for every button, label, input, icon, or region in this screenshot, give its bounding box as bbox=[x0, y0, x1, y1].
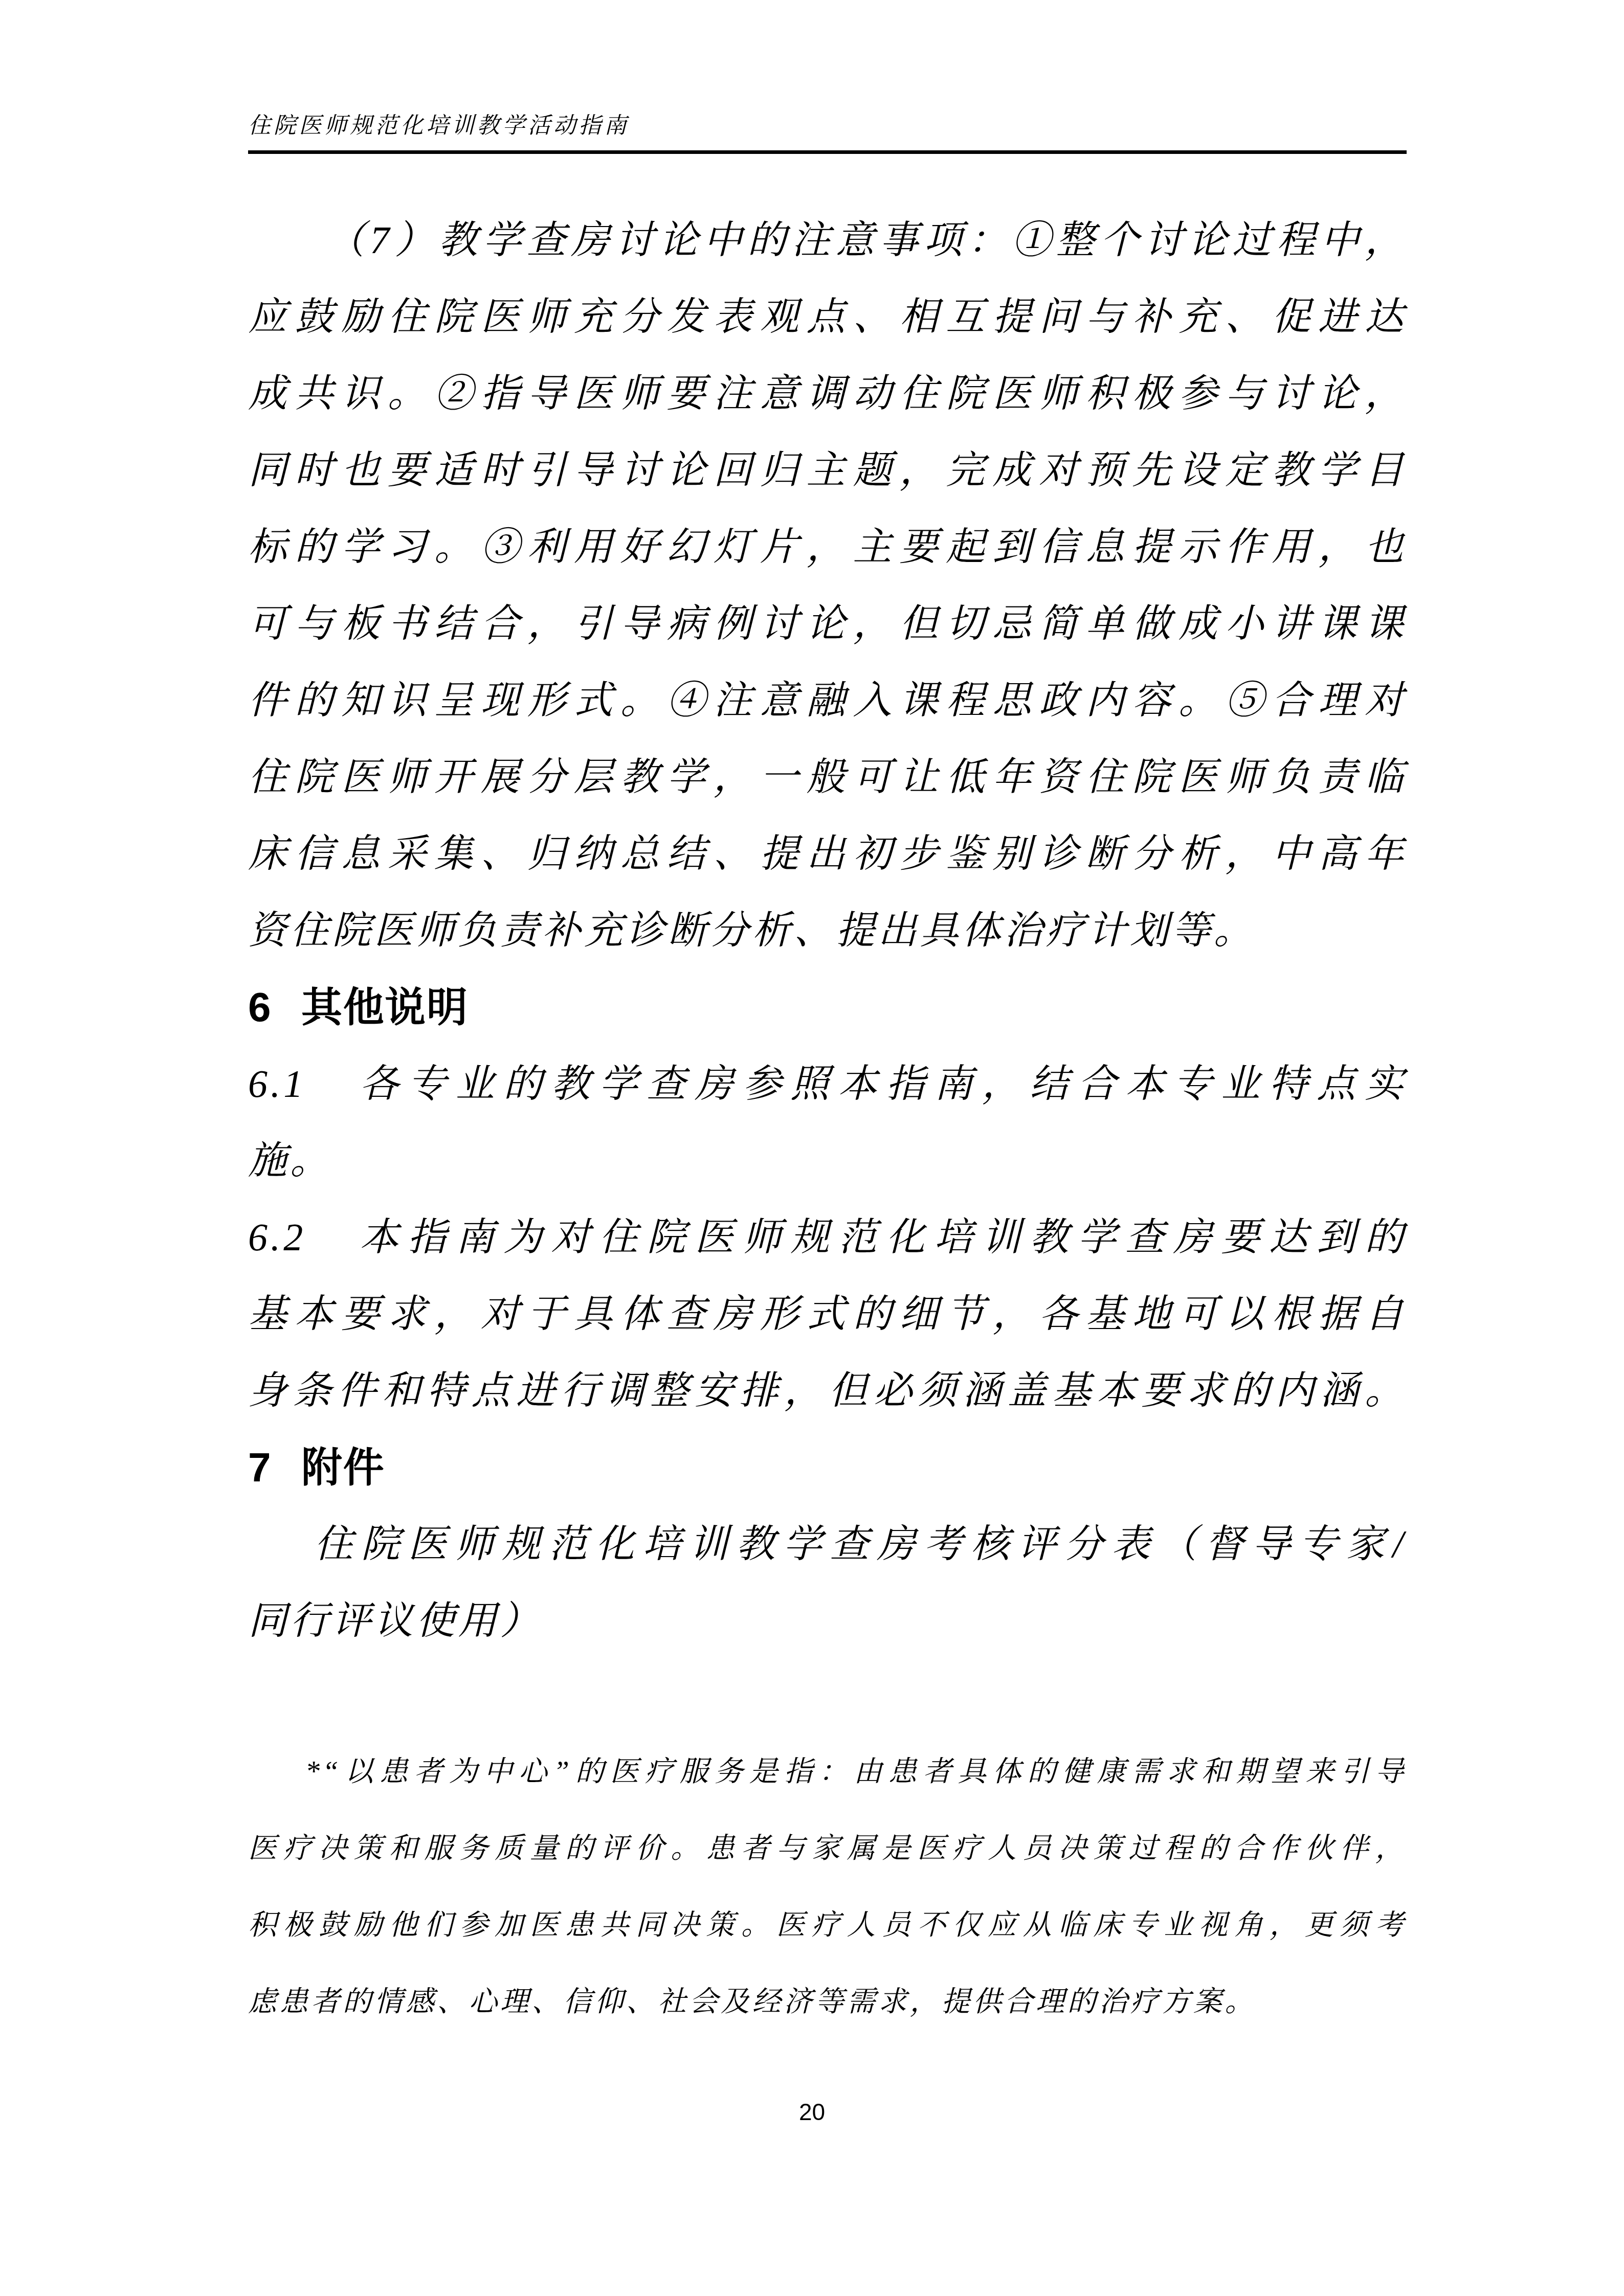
footnote-line: 医疗决策和服务质量的评价。患者与家属是医疗人员决策过程的合作伙伴， bbox=[248, 1810, 1407, 1887]
document-page: 住院医师规范化培训教学活动指南 （7）教学查房讨论中的注意事项：①整个讨论过程中… bbox=[0, 0, 1624, 2296]
body-line: 6.2 本指南为对住院医师规范化培训教学查房要达到的 bbox=[248, 1199, 1407, 1276]
body-line: 身条件和特点进行调整安排，但必须涵盖基本要求的内涵。 bbox=[248, 1353, 1407, 1429]
body-line: 标的学习。③利用好幻灯片，主要起到信息提示作用，也 bbox=[248, 509, 1407, 586]
section-7-title: 附件 bbox=[301, 1445, 385, 1490]
footnote-line: 积极鼓励他们参加医患共同决策。医疗人员不仅应从临床专业视角，更须考 bbox=[248, 1887, 1407, 1964]
body-line: 同行评议使用） bbox=[248, 1583, 1407, 1659]
body-line: 同时也要适时引导讨论回归主题，完成对预先设定教学目 bbox=[248, 432, 1407, 509]
body-line: 成共识。②指导医师要注意调动住院医师积极参与讨论， bbox=[248, 355, 1407, 432]
section-heading-6: 6其他说明 bbox=[248, 969, 1407, 1046]
section-6-title: 其他说明 bbox=[301, 984, 468, 1030]
footnote: *“以患者为中心”的医疗服务是指：由患者具体的健康需求和期望来引导 医疗决策和服… bbox=[248, 1734, 1407, 2040]
body-line: 基本要求，对于具体查房形式的细节，各基地可以根据自 bbox=[248, 1276, 1407, 1353]
header-divider bbox=[248, 150, 1407, 154]
body-line: 住院医师开展分层教学，一般可让低年资住院医师负责临 bbox=[248, 739, 1407, 816]
footnote-line: *“以患者为中心”的医疗服务是指：由患者具体的健康需求和期望来引导 bbox=[248, 1734, 1407, 1810]
page-number: 20 bbox=[0, 2089, 1624, 2135]
body-line: 可与板书结合，引导病例讨论，但切忌简单做成小讲课课 bbox=[248, 586, 1407, 662]
section-6-number: 6 bbox=[248, 969, 272, 1046]
section-heading-7: 7附件 bbox=[248, 1429, 1407, 1506]
body-line: 床信息采集、归纳总结、提出初步鉴别诊断分析，中高年 bbox=[248, 816, 1407, 892]
footnote-line: 虑患者的情感、心理、信仰、社会及经济等需求，提供合理的治疗方案。 bbox=[248, 1964, 1407, 2040]
body-line: 件的知识呈现形式。④注意融入课程思政内容。⑤合理对 bbox=[248, 662, 1407, 739]
page-header-title: 住院医师规范化培训教学活动指南 bbox=[248, 102, 1407, 149]
body-line: 应鼓励住院医师充分发表观点、相互提问与补充、促进达 bbox=[248, 279, 1407, 355]
section-7-number: 7 bbox=[248, 1429, 272, 1506]
body-line: 施。 bbox=[248, 1122, 1407, 1199]
body-line: 6.1 各专业的教学查房参照本指南，结合本专业特点实 bbox=[248, 1046, 1407, 1122]
document-body: （7）教学查房讨论中的注意事项：①整个讨论过程中， 应鼓励住院医师充分发表观点、… bbox=[248, 202, 1407, 1659]
body-line: 住院医师规范化培训教学查房考核评分表（督导专家/ bbox=[248, 1506, 1407, 1583]
body-line: （7）教学查房讨论中的注意事项：①整个讨论过程中， bbox=[248, 202, 1407, 279]
body-line: 资住院医师负责补充诊断分析、提出具体治疗计划等。 bbox=[248, 892, 1407, 969]
